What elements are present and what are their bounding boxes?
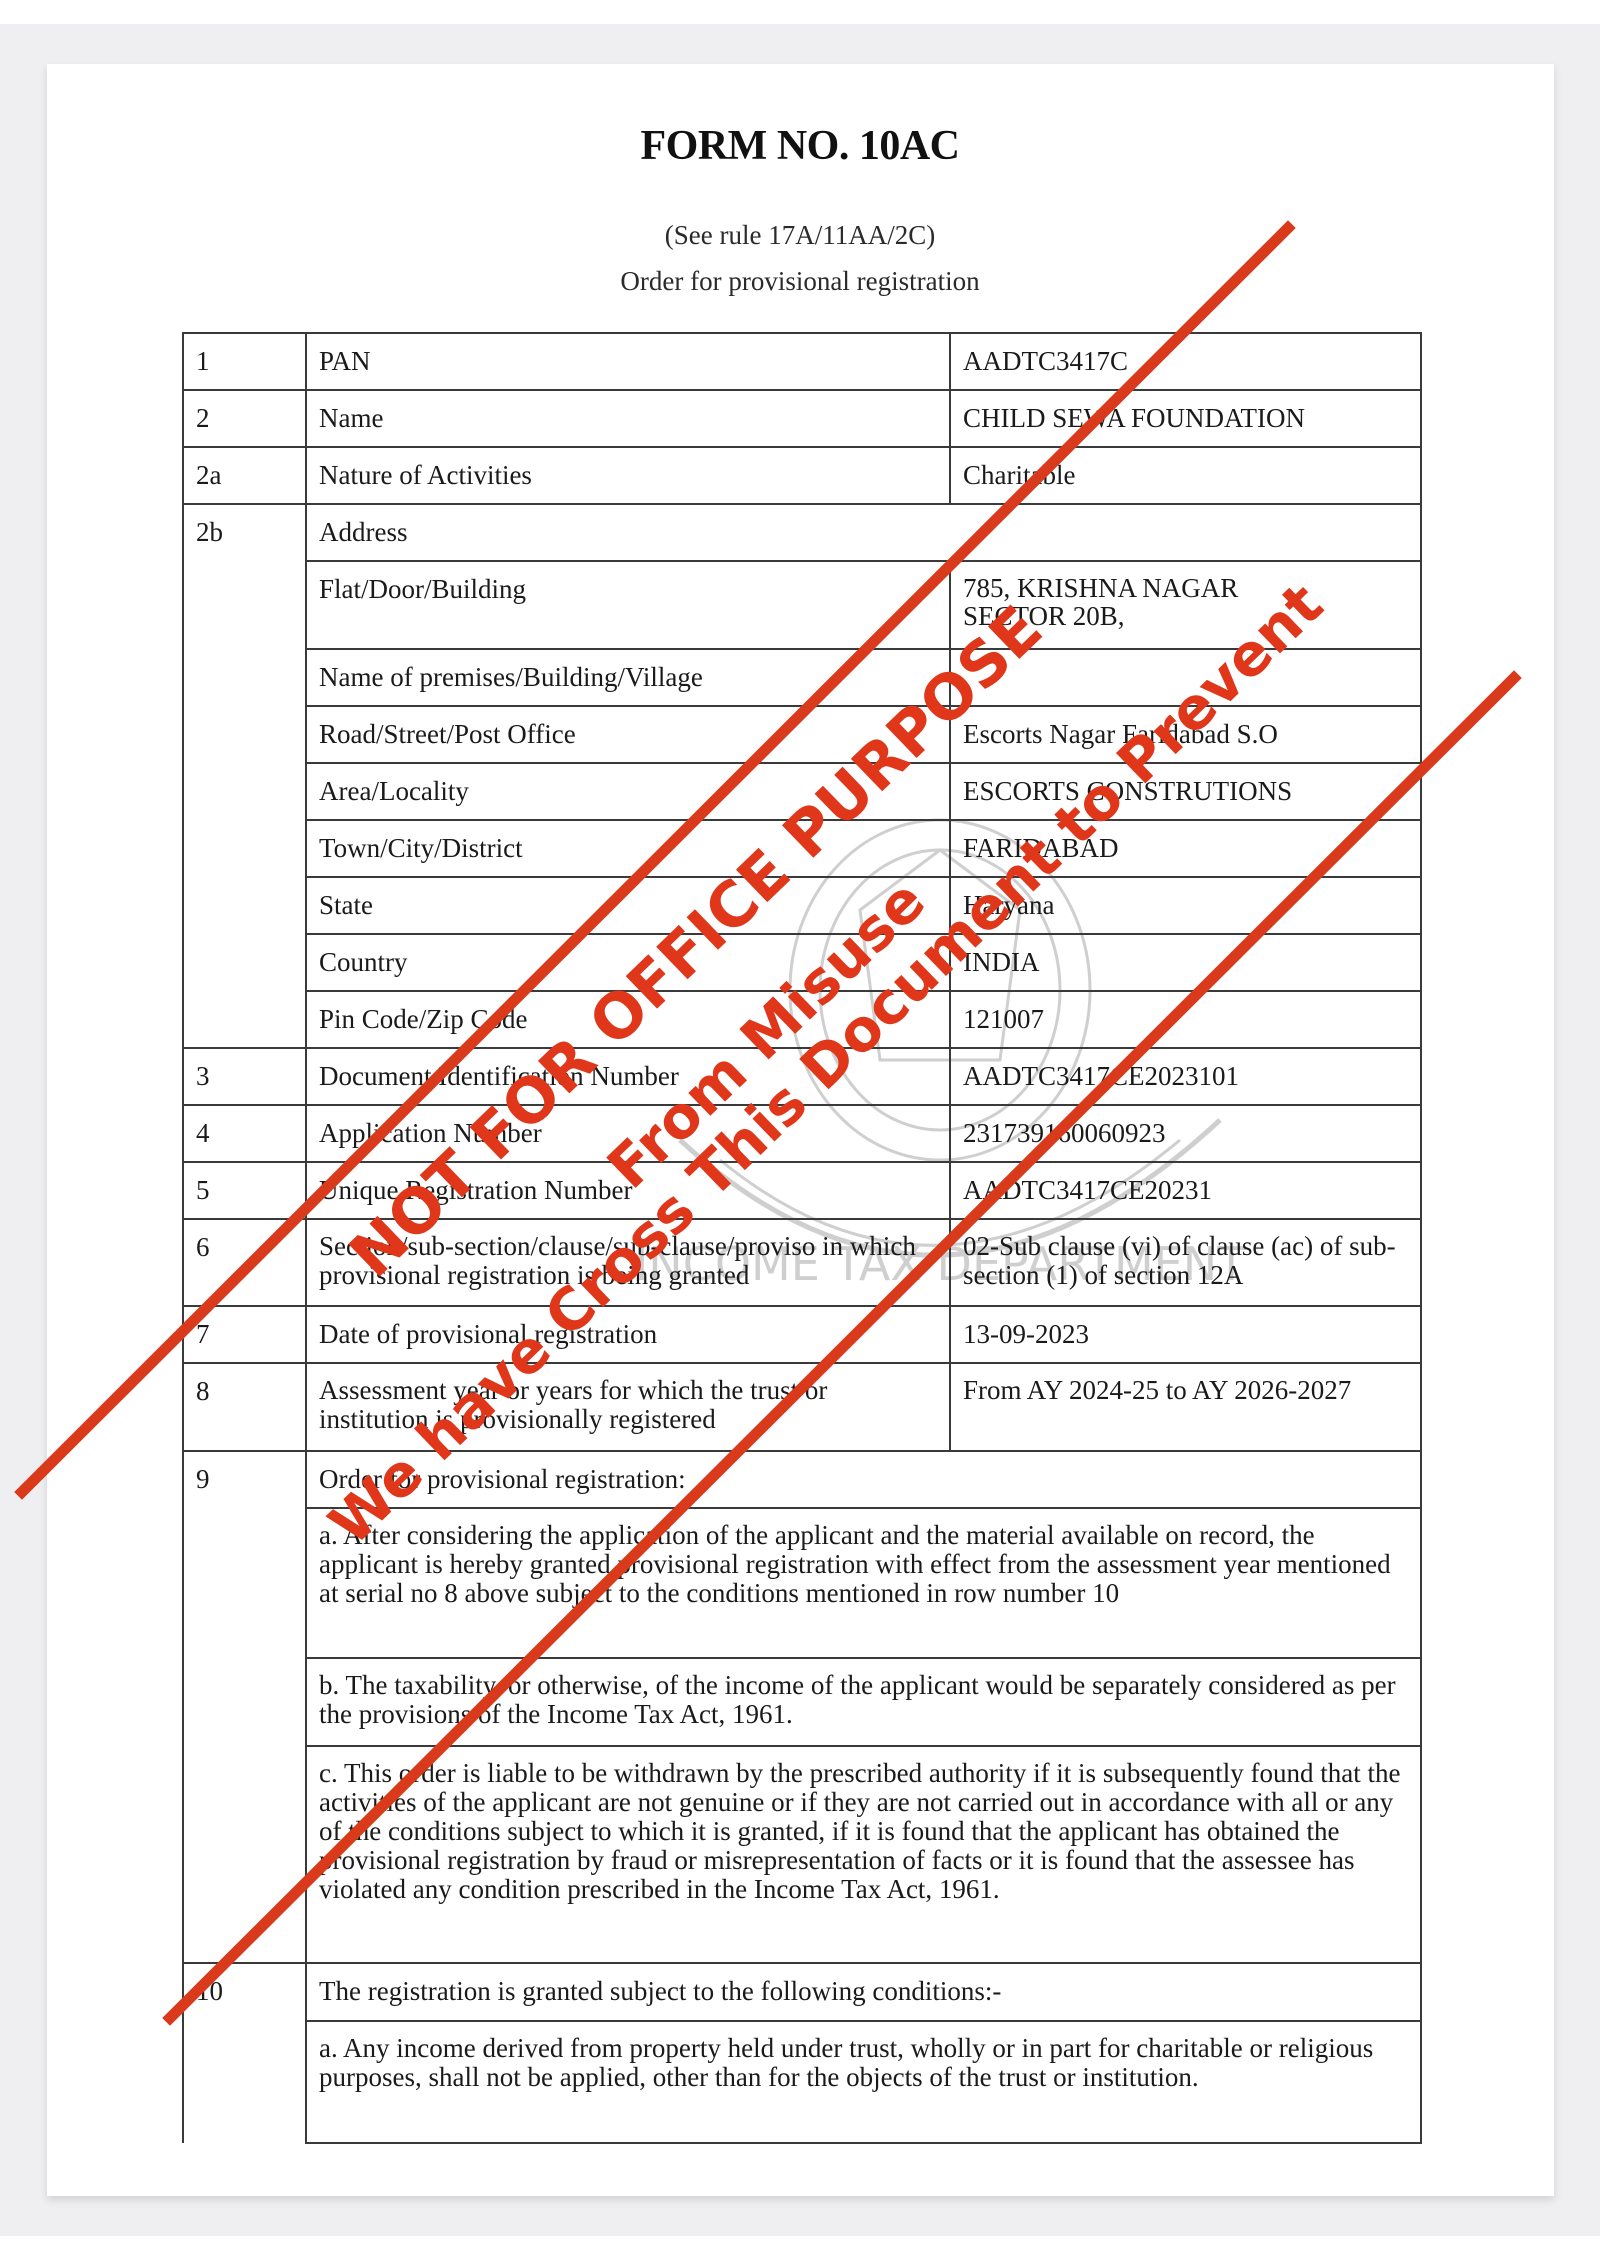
- form-subtitle: Order for provisional registration: [0, 266, 1600, 297]
- order-heading: Order for provisional registration:: [306, 1451, 1421, 1508]
- row-number: 4: [183, 1105, 306, 1162]
- row-number: 2: [183, 390, 306, 447]
- assessment-year-value: From AY 2024-25 to AY 2026-2027: [950, 1363, 1421, 1451]
- table-row: 2b Address: [183, 504, 1421, 561]
- row-label: Flat/Door/Building: [306, 561, 950, 649]
- area-value: ESCORTS CONSTRUTIONS: [950, 763, 1421, 820]
- row-number: 2a: [183, 447, 306, 504]
- registration-date-value: 13-09-2023: [950, 1306, 1421, 1363]
- row-number: 8: [183, 1363, 306, 1451]
- row-number: 5: [183, 1162, 306, 1219]
- row-label: Name of premises/Building/Village: [306, 649, 950, 706]
- row-label: PAN: [306, 333, 950, 390]
- table-row: 10 The registration is granted subject t…: [183, 1963, 1421, 2021]
- row-label: Name: [306, 390, 950, 447]
- table-row: 7 Date of provisional registration 13-09…: [183, 1306, 1421, 1363]
- table-row: 2a Nature of Activities Charitable: [183, 447, 1421, 504]
- order-clause-a: a. After considering the application of …: [306, 1508, 1421, 1658]
- table-row: b. The taxability, or otherwise, of the …: [183, 1658, 1421, 1746]
- flat-value-line1: 785, KRISHNA NAGAR: [963, 574, 1410, 602]
- table-row: 1 PAN AADTC3417C: [183, 333, 1421, 390]
- row-label: Nature of Activities: [306, 447, 950, 504]
- row-number: 7: [183, 1306, 306, 1363]
- order-clause-b: b. The taxability, or otherwise, of the …: [306, 1658, 1421, 1746]
- application-number-value: 231739160060923: [950, 1105, 1421, 1162]
- table-row: a. Any income derived from property held…: [183, 2021, 1421, 2143]
- row-number: 1: [183, 333, 306, 390]
- country-value: INDIA: [950, 934, 1421, 991]
- nature-value: Charitable: [950, 447, 1421, 504]
- form-title: FORM NO. 10AC: [0, 122, 1600, 170]
- condition-a: a. Any income derived from property held…: [306, 2021, 1421, 2143]
- document-id-value: AADTC3417CE2023101: [950, 1048, 1421, 1105]
- row-number: 10: [183, 1963, 306, 2143]
- section-value: 02-Sub clause (vi) of clause (ac) of sub…: [950, 1219, 1421, 1306]
- row-number: 9: [183, 1451, 306, 1963]
- name-value: CHILD SEWA FOUNDATION: [950, 390, 1421, 447]
- row-label: Date of provisional registration: [306, 1306, 950, 1363]
- rule-reference: (See rule 17A/11AA/2C): [0, 220, 1600, 251]
- row-number: 2b: [183, 504, 306, 1048]
- pan-value: AADTC3417C: [950, 333, 1421, 390]
- conditions-heading: The registration is granted subject to t…: [306, 1963, 1421, 2021]
- row-number: 6: [183, 1219, 306, 1306]
- urn-value: AADTC3417CE20231: [950, 1162, 1421, 1219]
- table-row: 2 Name CHILD SEWA FOUNDATION: [183, 390, 1421, 447]
- table-row: c. This order is liable to be withdrawn …: [183, 1746, 1421, 1963]
- pin-value: 121007: [950, 991, 1421, 1048]
- table-row: 8 Assessment year or years for which the…: [183, 1363, 1421, 1451]
- address-heading: Address: [306, 504, 1421, 561]
- row-number: 3: [183, 1048, 306, 1105]
- order-clause-c: c. This order is liable to be withdrawn …: [306, 1746, 1421, 1963]
